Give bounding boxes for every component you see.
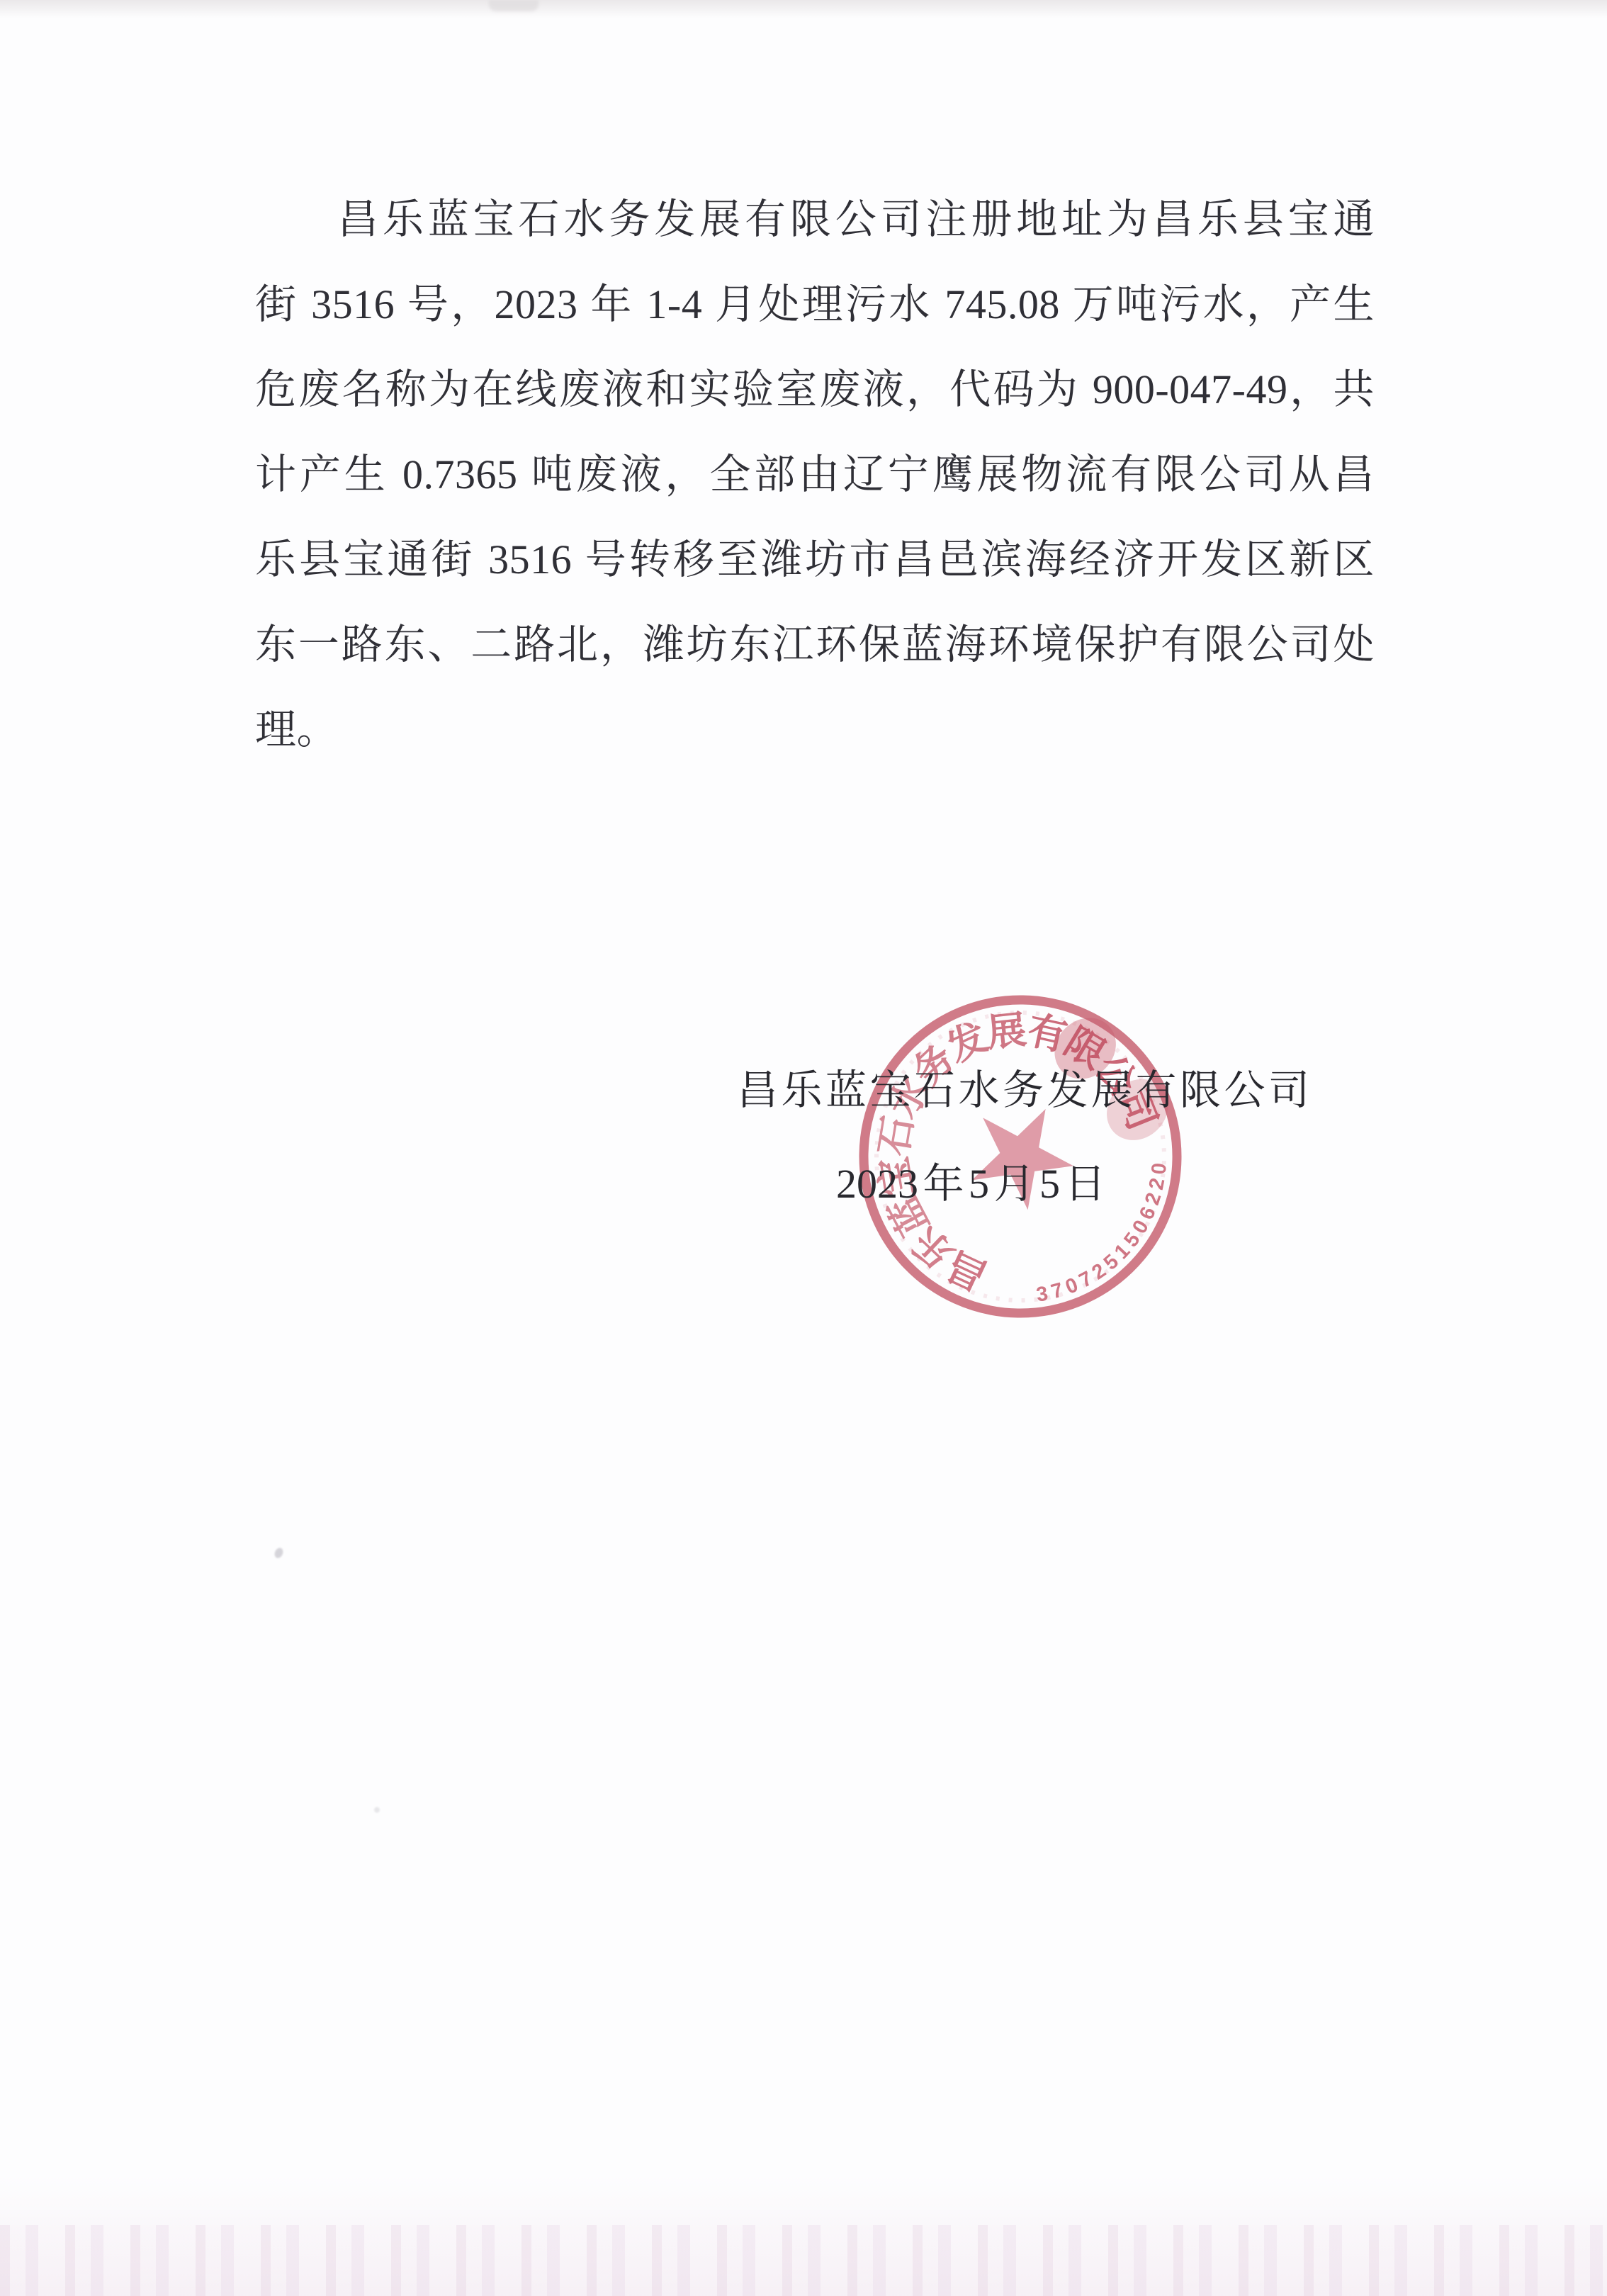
body-line: 东一路东、二路北，潍坊东江环保蓝海环境保护有限公司处 — [255, 602, 1375, 687]
body-line: 昌乐蓝宝石水务发展有限公司注册地址为昌乐县宝通 — [255, 177, 1375, 262]
svg-text:2: 2 — [1141, 1190, 1166, 1208]
body-line: 乐县宝通街 3516 号转移至潍坊市昌邑滨海经济开发区新区 — [255, 517, 1375, 602]
scanned-letter-page: 昌乐蓝宝石水务发展有限公司注册地址为昌乐县宝通街 3516 号，2023 年 1… — [0, 0, 1607, 2296]
body-line: 危废名称为在线废液和实验室废液，代码为 900-047-49，共 — [255, 347, 1375, 432]
svg-text:0: 0 — [1148, 1162, 1171, 1176]
body-line: 计产生 0.7365 吨废液，全部由辽宁鹰展物流有限公司从昌 — [255, 432, 1375, 517]
scan-artifact-top — [0, 0, 1607, 21]
svg-text:7: 7 — [1049, 1278, 1066, 1303]
svg-text:展: 展 — [985, 1007, 1028, 1055]
svg-text:2: 2 — [1145, 1176, 1170, 1192]
scan-smudge — [489, 0, 539, 11]
svg-text:3: 3 — [1034, 1283, 1049, 1307]
scan-speck — [374, 1807, 380, 1813]
scan-speck — [273, 1546, 284, 1559]
body-paragraph: 昌乐蓝宝石水务发展有限公司注册地址为昌乐县宝通街 3516 号，2023 年 1… — [255, 177, 1375, 772]
body-line: 街 3516 号，2023 年 1-4 月处理污水 745.08 万吨污水，产生 — [255, 262, 1375, 347]
signature-company-name: 昌乐蓝宝石水务发展有限公司 — [737, 1066, 1313, 1115]
company-seal-stamp: 昌乐蓝宝石水务发展有限公司3707251506220 — [808, 944, 1233, 1369]
body-line: 理。 — [255, 687, 1375, 772]
signature-date: 2023 年 5 月 5 日 — [836, 1159, 1106, 1209]
scan-artifact-bottom — [0, 2225, 1607, 2296]
